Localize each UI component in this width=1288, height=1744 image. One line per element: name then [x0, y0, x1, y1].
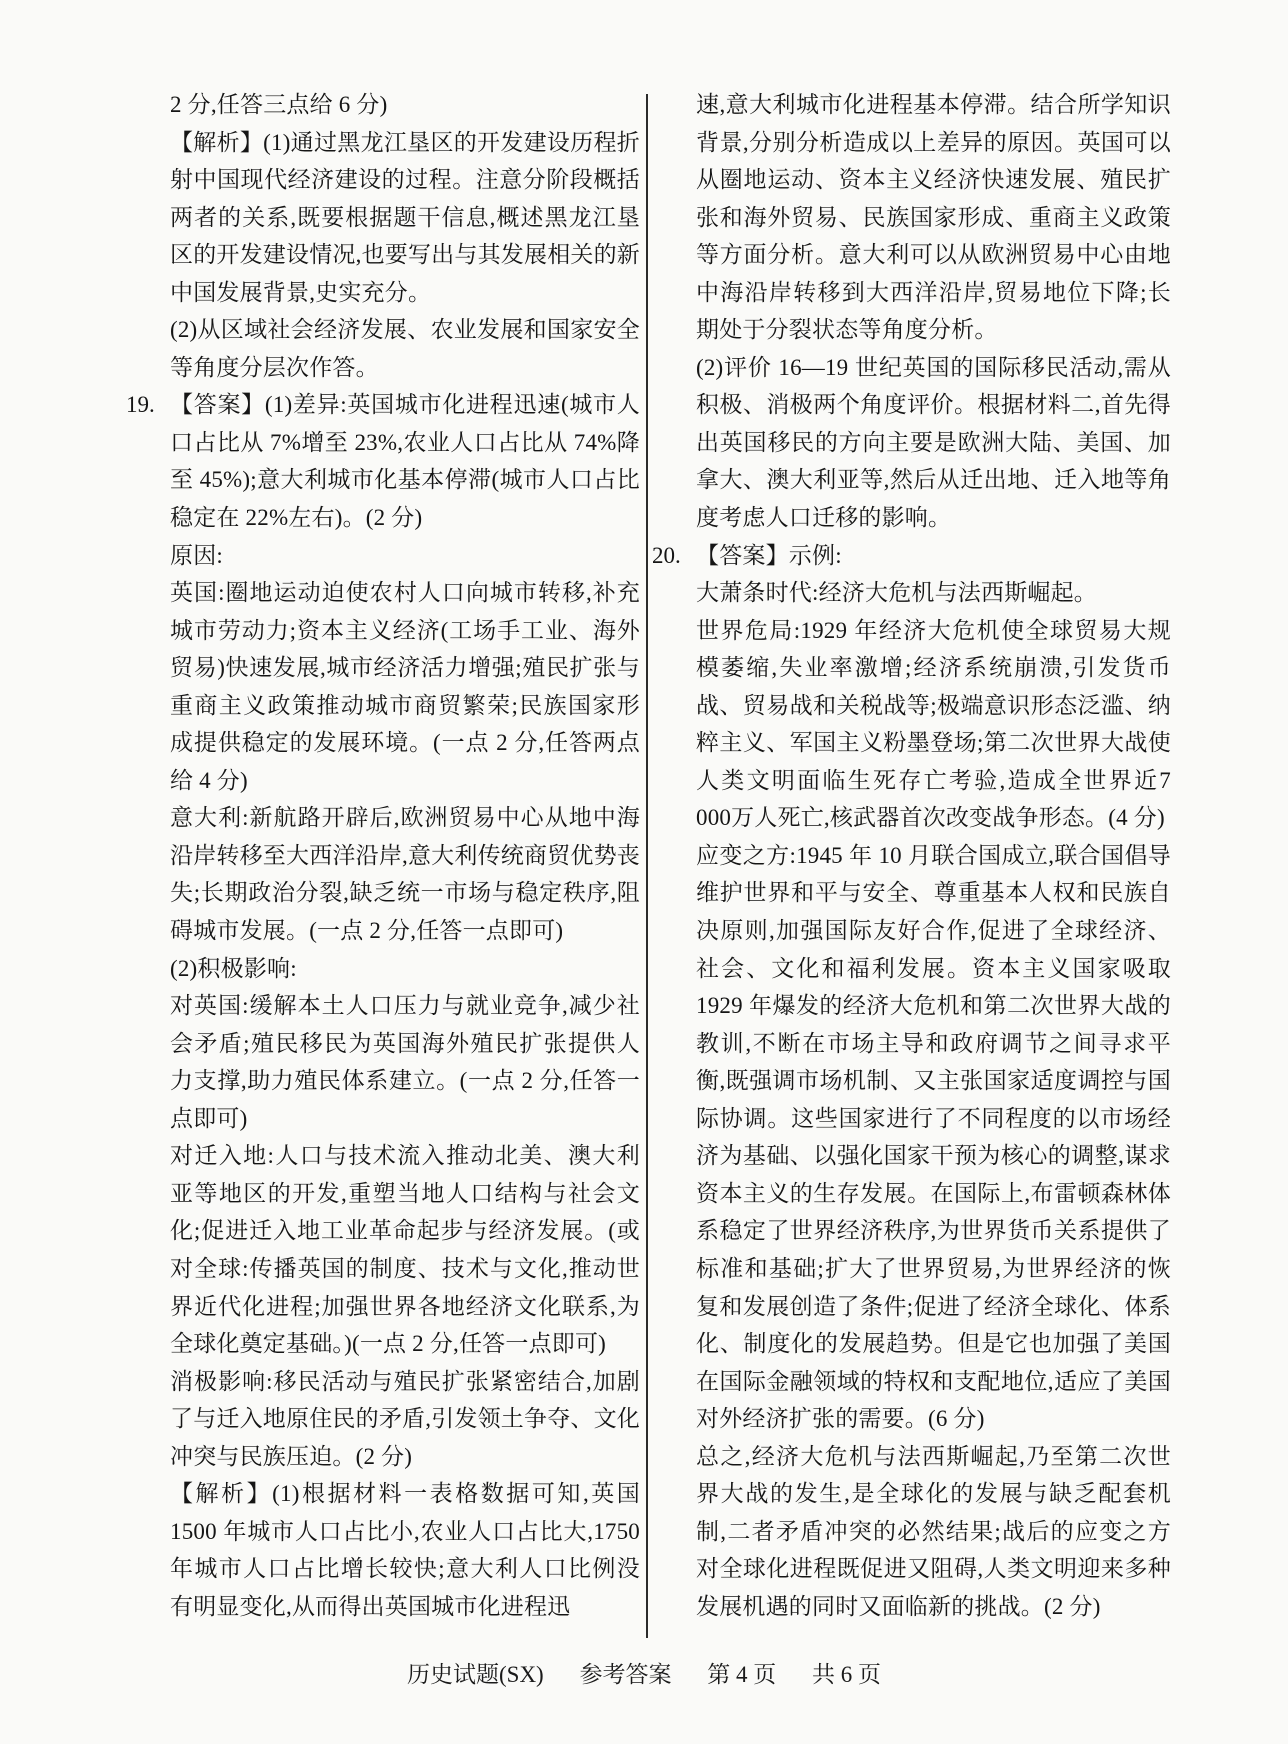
footer-page-total: 共 6 页 — [812, 1662, 881, 1687]
answer-paragraph: 英国:圈地运动迫使农村人口向城市转移,补充城市劳动力;资本主义经济(工场手工业、… — [170, 574, 640, 799]
answer-body: 速,意大利城市化进程基本停滞。结合所学知识背景,分别分析造成以上差异的原因。英国… — [696, 86, 1171, 537]
answer-block: 2 分,任答三点给 6 分)【解析】(1)通过黑龙江垦区的开发建设历程折射中国现… — [126, 86, 640, 386]
answer-block: 速,意大利城市化进程基本停滞。结合所学知识背景,分别分析造成以上差异的原因。英国… — [652, 86, 1171, 537]
answer-paragraph: 对迁入地:人口与技术流入推动北美、澳大利亚等地区的开发,重塑当地人口结构与社会文… — [170, 1137, 640, 1362]
question-number: 20. — [652, 537, 696, 575]
left-column: 2 分,任答三点给 6 分)【解析】(1)通过黑龙江垦区的开发建设历程折射中国现… — [126, 86, 640, 1625]
answer-paragraph: 对英国:缓解本土人口压力与就业竞争,减少社会矛盾;殖民移民为英国海外殖民扩张提供… — [170, 987, 640, 1137]
answer-paragraph: 原因: — [170, 537, 640, 575]
page-footer: 历史试题(SX) 参考答案 第 4 页 共 6 页 — [0, 1656, 1288, 1689]
answer-paragraph: 应变之方:1945 年 10 月联合国成立,联合国倡导维护世界和平与安全、尊重基… — [696, 837, 1171, 1438]
answer-paragraph: 速,意大利城市化进程基本停滞。结合所学知识背景,分别分析造成以上差异的原因。英国… — [696, 86, 1171, 349]
footer-exam-title: 历史试题(SX) — [407, 1662, 544, 1687]
answer-paragraph: (2)评价 16—19 世纪英国的国际移民活动,需从积极、消极两个角度评价。根据… — [696, 349, 1171, 537]
answer-sheet-page: 2 分,任答三点给 6 分)【解析】(1)通过黑龙江垦区的开发建设历程折射中国现… — [0, 0, 1288, 1744]
answer-block: 20.【答案】示例:大萧条时代:经济大危机与法西斯崛起。世界危局:1929 年经… — [652, 537, 1171, 1626]
footer-page-number: 第 4 页 — [707, 1662, 776, 1687]
answer-block: 19.【答案】(1)差异:英国城市化进程迅速(城市人口占比从 7%增至 23%,… — [126, 386, 640, 1625]
answer-body: 【答案】(1)差异:英国城市化进程迅速(城市人口占比从 7%增至 23%,农业人… — [170, 386, 640, 1625]
answer-body: 【答案】示例:大萧条时代:经济大危机与法西斯崛起。世界危局:1929 年经济大危… — [696, 537, 1171, 1626]
answer-body: 2 分,任答三点给 6 分)【解析】(1)通过黑龙江垦区的开发建设历程折射中国现… — [170, 86, 640, 386]
column-divider — [646, 94, 648, 1638]
answer-paragraph: 【答案】(1)差异:英国城市化进程迅速(城市人口占比从 7%增至 23%,农业人… — [170, 386, 640, 536]
answer-paragraph: 【答案】示例: — [696, 537, 1171, 575]
answer-paragraph: 总之,经济大危机与法西斯崛起,乃至第二次世界大战的发生,是全球化的发展与缺乏配套… — [696, 1438, 1171, 1626]
answer-paragraph: (2)积极影响: — [170, 950, 640, 988]
answer-paragraph: 2 分,任答三点给 6 分) — [170, 86, 640, 124]
question-number: 19. — [126, 386, 170, 424]
answer-paragraph: 消极影响:移民活动与殖民扩张紧密结合,加剧了与迁入地原住民的矛盾,引发领土争夺、… — [170, 1363, 640, 1476]
footer-section-label: 参考答案 — [579, 1662, 671, 1687]
answer-paragraph: 大萧条时代:经济大危机与法西斯崛起。 — [696, 574, 1171, 612]
answer-paragraph: 【解析】(1)通过黑龙江垦区的开发建设历程折射中国现代经济建设的过程。注意分阶段… — [170, 124, 640, 312]
answer-paragraph: 意大利:新航路开辟后,欧洲贸易中心从地中海沿岸转移至大西洋沿岸,意大利传统商贸优… — [170, 799, 640, 949]
answer-paragraph: 【解析】(1)根据材料一表格数据可知,英国1500 年城市人口占比小,农业人口占… — [170, 1475, 640, 1625]
answer-paragraph: (2)从区域社会经济发展、农业发展和国家安全等角度分层次作答。 — [170, 311, 640, 386]
right-column: 速,意大利城市化进程基本停滞。结合所学知识背景,分别分析造成以上差异的原因。英国… — [652, 86, 1171, 1625]
answer-paragraph: 世界危局:1929 年经济大危机使全球贸易大规模萎缩,失业率激增;经济系统崩溃,… — [696, 612, 1171, 837]
